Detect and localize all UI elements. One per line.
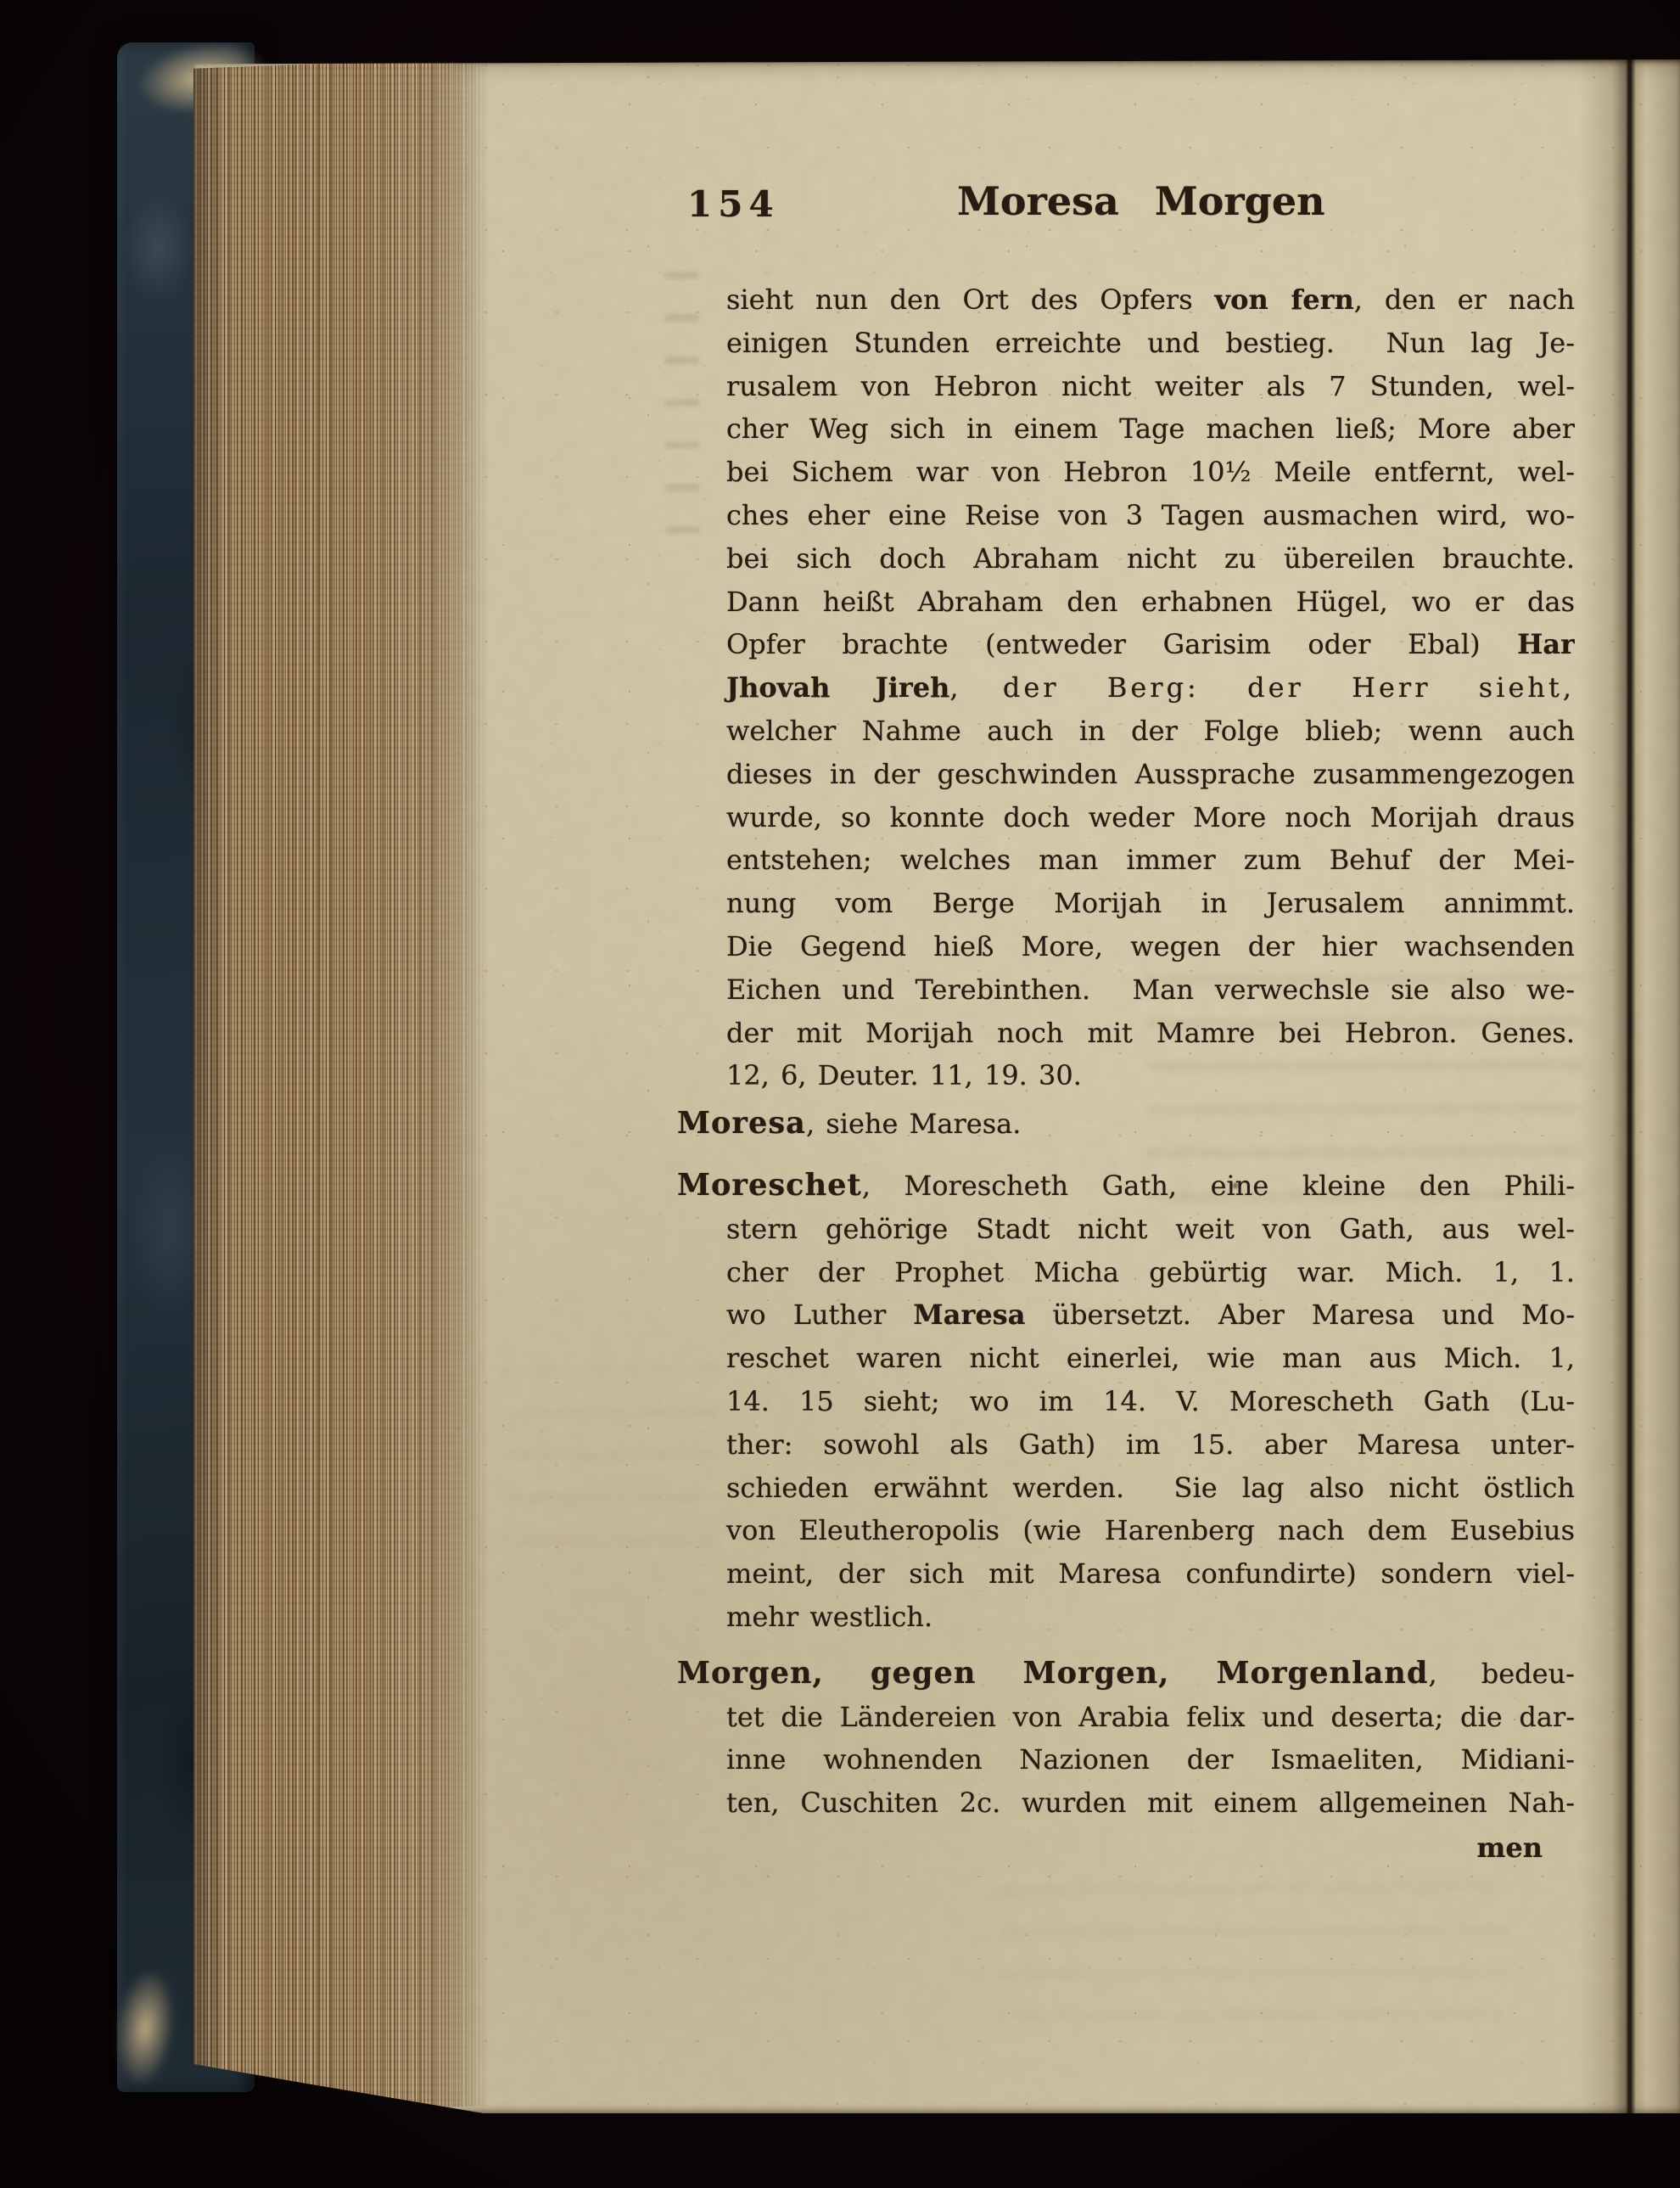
text-line: Dann heißt Abraham den erhabnen Hügel, w…	[677, 581, 1575, 624]
text-line: inne wohnenden Nazionen der Ismaeliten, …	[677, 1738, 1575, 1781]
text-line: meint, der sich mit Maresa confundirte) …	[677, 1552, 1575, 1596]
text-segment: Eichen und Terebinthen. Man verwechsle s…	[726, 973, 1575, 1006]
text-line: entstehen; welches man immer zum Behuf d…	[677, 839, 1575, 882]
emphasized-text-segment: von fern	[1215, 283, 1354, 316]
text-segment: meint, der sich mit Maresa confundirte) …	[726, 1557, 1575, 1590]
text-line: Die Gegend hieß More, wegen der hier wac…	[677, 925, 1575, 968]
text-line: von Eleutheropolis (wie Harenberg nach d…	[677, 1509, 1575, 1552]
text-line: Moreschet, Morescheth Gath, eine kleine …	[677, 1164, 1575, 1208]
text-segment: der Berg: der Herr sieht,	[1003, 671, 1575, 704]
text-segment: 12, 6, Deuter. 11, 19. 30.	[726, 1059, 1082, 1091]
text-segment: 14. 15 sieht; wo im 14. V. Morescheth Ga…	[726, 1385, 1575, 1417]
text-line: 12, 6, Deuter. 11, 19. 30.	[677, 1054, 1575, 1097]
text-line: rusalem von Hebron nicht weiter als 7 St…	[677, 365, 1575, 408]
catchword: men	[677, 1832, 1543, 1864]
text-segment: , Morescheth Gath, eine kleine den Phili…	[862, 1170, 1575, 1202]
entry-block: Moreschet, Morescheth Gath, eine kleine …	[677, 1164, 1575, 1639]
text-segment: wo Luther	[726, 1299, 913, 1331]
text-segment: ,	[949, 671, 1002, 704]
emphasized-text-segment: Jhovah Jireh	[726, 671, 949, 704]
book-page: 154 Moresa Morgen sieht nun den Ort des …	[193, 59, 1680, 2113]
text-line: bei sich doch Abraham nicht zu übereilen…	[677, 537, 1575, 581]
text-line: dieses in der geschwinden Aussprache zus…	[677, 753, 1575, 796]
text-segment: übersetzt. Aber Maresa und Mo-	[1025, 1299, 1575, 1331]
emphasized-text-segment: Morgen, gegen Morgen, Morgenland	[677, 1656, 1428, 1691]
text-segment: rusalem von Hebron nicht weiter als 7 St…	[726, 370, 1575, 402]
text-segment: von Eleutheropolis (wie Harenberg nach d…	[726, 1514, 1575, 1546]
running-header: Moresa Morgen	[957, 178, 1325, 224]
text-segment: nung vom Berge Morijah in Jerusalem anni…	[726, 887, 1575, 919]
text-segment: einigen Stunden erreichte und bestieg. N…	[726, 327, 1575, 359]
text-line: tet die Ländereien von Arabia felix und …	[677, 1696, 1575, 1739]
running-header-left: Moresa	[957, 178, 1119, 224]
text-segment: ten, Cuschiten 2c. wurden mit einem allg…	[726, 1787, 1575, 1819]
text-line: schieden erwähnt werden. Sie lag also ni…	[677, 1467, 1575, 1510]
text-segment: cher der Prophet Micha gebürtig war. Mic…	[726, 1256, 1575, 1288]
text-segment: mehr westlich.	[726, 1601, 932, 1633]
gutter-crease	[1578, 59, 1680, 2113]
text-segment: welcher Nahme auch in der Folge blieb; w…	[726, 715, 1575, 747]
running-header-right: Morgen	[1155, 178, 1325, 224]
entry-block: Morgen, gegen Morgen, Morgenland, bedeu-…	[677, 1652, 1575, 1825]
text-line: Jhovah Jireh, der Berg: der Herr sieht,	[677, 666, 1575, 710]
text-line: welcher Nahme auch in der Folge blieb; w…	[677, 710, 1575, 753]
text-segment: , bedeu-	[1428, 1658, 1575, 1690]
text-line: Moresa, siehe Maresa.	[677, 1102, 1575, 1146]
text-segment: , den er nach	[1354, 283, 1575, 316]
text-line: reschet waren nicht einerlei, wie man au…	[677, 1337, 1575, 1380]
text-line: der mit Morijah noch mit Mamre bei Hebro…	[677, 1012, 1575, 1055]
text-segment: reschet waren nicht einerlei, wie man au…	[726, 1342, 1575, 1374]
text-line: mehr westlich.	[677, 1596, 1575, 1639]
text-segment: inne wohnenden Nazionen der Ismaeliten, …	[726, 1743, 1575, 1776]
text-line: stern gehörige Stadt nicht weit von Gath…	[677, 1208, 1575, 1251]
emphasized-text-segment: Maresa	[913, 1299, 1025, 1331]
text-block: sieht nun den Ort des Opfers von fern, d…	[677, 278, 1575, 1825]
text-line: Opfer brachte (entweder Garisim oder Eba…	[677, 623, 1575, 666]
text-line: wurde, so konnte doch weder More noch Mo…	[677, 796, 1575, 839]
cover-wear-patch-bottom	[100, 1950, 191, 2106]
text-segment: schieden erwähnt werden. Sie lag also ni…	[726, 1472, 1575, 1504]
text-segment: wurde, so konnte doch weder More noch Mo…	[726, 801, 1575, 833]
emphasized-text-segment: Moresa	[677, 1106, 806, 1141]
emphasized-text-segment: Har	[1517, 628, 1575, 660]
text-line: bei Sichem war von Hebron 10½ Meile entf…	[677, 451, 1575, 494]
text-line: Morgen, gegen Morgen, Morgenland, bedeu-	[677, 1652, 1575, 1696]
photo-background: 154 Moresa Morgen sieht nun den Ort des …	[0, 0, 1680, 2188]
text-segment: bei sich doch Abraham nicht zu übereilen…	[726, 542, 1575, 575]
entry-block: Moresa, siehe Maresa.	[677, 1102, 1575, 1146]
page-edge-stack	[190, 59, 489, 2113]
text-line: 14. 15 sieht; wo im 14. V. Morescheth Ga…	[677, 1380, 1575, 1423]
text-line: cher Weg sich in einem Tage machen ließ;…	[677, 407, 1575, 451]
text-line: Eichen und Terebinthen. Man verwechsle s…	[677, 968, 1575, 1012]
text-line: wo Luther Maresa übersetzt. Aber Maresa …	[677, 1293, 1575, 1337]
text-line: einigen Stunden erreichte und bestieg. N…	[677, 322, 1575, 365]
text-segment: tet die Ländereien von Arabia felix und …	[726, 1701, 1575, 1733]
text-segment: Die Gegend hieß More, wegen der hier wac…	[726, 930, 1575, 962]
text-segment: cher Weg sich in einem Tage machen ließ;…	[726, 412, 1575, 445]
text-line: ther: sowohl als Gath) im 15. aber Mares…	[677, 1423, 1575, 1467]
emphasized-text-segment: Moreschet	[677, 1168, 862, 1203]
text-segment: entstehen; welches man immer zum Behuf d…	[726, 844, 1575, 876]
text-line: nung vom Berge Morijah in Jerusalem anni…	[677, 882, 1575, 925]
text-line: ches eher eine Reise von 3 Tagen ausmach…	[677, 494, 1575, 537]
paragraph-block: sieht nun den Ort des Opfers von fern, d…	[677, 278, 1575, 1097]
text-line: cher der Prophet Micha gebürtig war. Mic…	[677, 1251, 1575, 1294]
text-segment: Dann heißt Abraham den erhabnen Hügel, w…	[726, 586, 1575, 618]
text-line: sieht nun den Ort des Opfers von fern, d…	[677, 278, 1575, 322]
text-line: ten, Cuschiten 2c. wurden mit einem allg…	[677, 1781, 1575, 1825]
text-segment: stern gehörige Stadt nicht weit von Gath…	[726, 1213, 1575, 1245]
page-number: 154	[687, 183, 780, 225]
text-segment: Opfer brachte (entweder Garisim oder Eba…	[726, 628, 1517, 660]
text-segment: ches eher eine Reise von 3 Tagen ausmach…	[726, 499, 1575, 531]
text-segment: bei Sichem war von Hebron 10½ Meile entf…	[726, 456, 1575, 488]
text-segment: ther: sowohl als Gath) im 15. aber Mares…	[726, 1428, 1575, 1461]
text-segment: dieses in der geschwinden Aussprache zus…	[726, 758, 1575, 790]
text-segment: , siehe Maresa.	[806, 1108, 1021, 1140]
text-segment: der mit Morijah noch mit Mamre bei Hebro…	[726, 1017, 1575, 1049]
text-segment: sieht nun den Ort des Opfers	[726, 283, 1215, 316]
